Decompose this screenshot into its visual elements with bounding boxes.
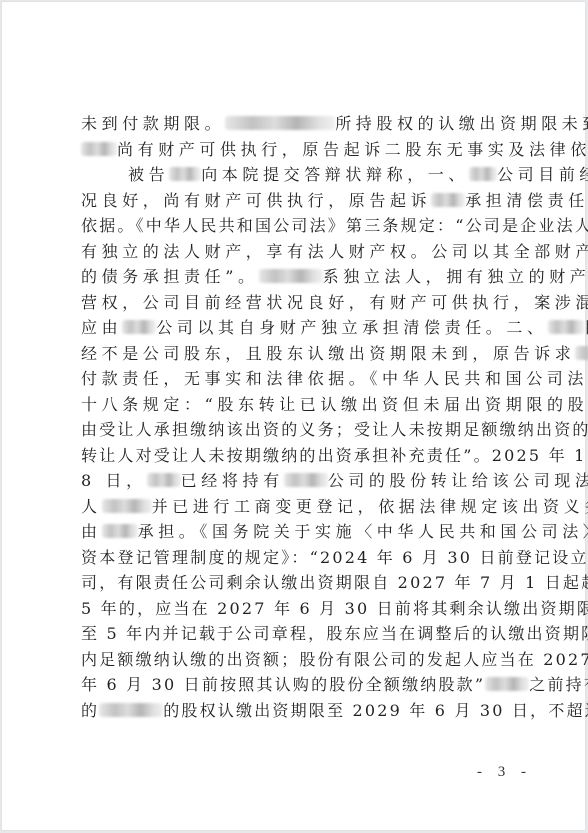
- text-segment: 8 日，: [81, 471, 147, 490]
- text-segment: 司，有限责任公司剩余认缴出资期限自 2027 年 7 月 1 日起超过: [81, 573, 588, 592]
- text-segment: 的债务承担责任”。: [81, 267, 259, 286]
- text-segment: 人: [81, 497, 102, 516]
- text-line: 被告向本院提交答辩状辩称，一、公司目前经营状: [81, 162, 521, 188]
- text-line: 资本登记管理制度的规定》：“2024 年 6 月 30 日前登记设立的公: [81, 545, 521, 571]
- redacted-name: [147, 473, 181, 487]
- text-segment: 向本院提交答辩状辩称，一、: [201, 165, 469, 184]
- text-segment: 被告: [128, 165, 169, 184]
- text-line: 未到付款期限。所持股权的认缴出资期限未到，: [81, 111, 521, 137]
- redacted-name: [169, 167, 201, 181]
- text-segment: 付款责任，无事实和法律依据。《中华人民共和国公司法》第八: [81, 369, 588, 388]
- redacted-name: [284, 473, 328, 487]
- text-segment: 的: [81, 701, 99, 720]
- text-segment: 依据。《中华人民共和国公司法》第三条规定：“公司是企业法人，: [81, 216, 588, 235]
- text-segment: 况良好，尚有财产可供执行，原告起诉: [81, 191, 431, 210]
- text-segment: 未到付款期限。: [81, 114, 225, 133]
- text-segment: 转让人对受让人未按期缴纳的出资承担补充责任”。2025 年 1 月: [81, 446, 588, 465]
- text-segment: 十八条规定：“股东转让已认缴出资但未届出资期限的股权的，: [81, 395, 588, 414]
- text-segment: 由: [81, 522, 102, 541]
- text-line: 由承担。《国务院关于实施〈中华人民共和国公司法〉注册: [81, 519, 521, 545]
- text-line: 的的股权认缴出资期限至 2029 年 6 月 30 日，不超过该: [81, 698, 521, 724]
- redacted-name: [122, 320, 156, 334]
- text-line: 依据。《中华人民共和国公司法》第三条规定：“公司是企业法人，: [81, 213, 521, 239]
- page-number: - 3 -: [477, 764, 532, 781]
- text-segment: 目前已: [584, 318, 588, 337]
- redacted-name: [431, 193, 465, 207]
- text-segment: 之前持有: [529, 675, 588, 694]
- text-segment: 已经将持有: [181, 471, 284, 490]
- text-segment: 有独立的法人财产，享有法人财产权。公司以其全部财产对公司: [81, 242, 588, 261]
- text-segment: 尚有财产可供执行，原告起诉二股东无事实及法律依据。: [117, 140, 588, 159]
- redacted-name: [99, 703, 163, 717]
- body-text: 未到付款期限。所持股权的认缴出资期限未到，尚有财产可供执行，原告起诉二股东无事实…: [81, 111, 521, 723]
- text-segment: 承担清偿责任无法律: [465, 191, 588, 210]
- text-line: 十八条规定：“股东转让已认缴出资但未届出资期限的股权的，: [81, 392, 521, 418]
- text-segment: 系独立法人，拥有独立的财产和经: [323, 267, 588, 286]
- text-segment: 的股权认缴出资期限至 2029 年 6 月 30 日，不超过该: [163, 701, 588, 720]
- text-segment: 资本登记管理制度的规定》：“2024 年 6 月 30 日前登记设立的公: [81, 548, 588, 567]
- text-line: 尚有财产可供执行，原告起诉二股东无事实及法律依据。: [81, 137, 521, 163]
- text-segment: 由受让人承担缴纳该出资的义务；受让人未按期足额缴纳出资的，: [81, 420, 588, 439]
- text-line: 司，有限责任公司剩余认缴出资期限自 2027 年 7 月 1 日起超过: [81, 570, 521, 596]
- text-segment: 至 5 年内并记载于公司章程，股东应当在调整后的认缴出资期限: [81, 624, 588, 643]
- text-line: 的债务承担责任”。系独立法人，拥有独立的财产和经: [81, 264, 521, 290]
- text-segment: 内足额缴纳认缴的出资额；股份有限公司的发起人应当在 2027: [81, 650, 588, 669]
- text-line: 人并已进行工商变更登记，依据法律规定该出资义务不应: [81, 494, 521, 520]
- document-page: 未到付款期限。所持股权的认缴出资期限未到，尚有财产可供执行，原告起诉二股东无事实…: [2, 2, 585, 830]
- redacted-name: [102, 524, 138, 538]
- text-segment: 营权，公司目前经营状况良好，有财产可供执行，案涉混凝土款: [81, 293, 588, 312]
- text-line: 年 6 月 30 日前按照其认购的股份全额缴纳股款”之前持有: [81, 672, 521, 698]
- text-line: 转让人对受让人未按期缴纳的出资承担补充责任”。2025 年 1 月: [81, 443, 521, 469]
- redacted-name: [548, 320, 584, 334]
- text-line: 至 5 年内并记载于公司章程，股东应当在调整后的认缴出资期限: [81, 621, 521, 647]
- text-segment: 5 年的，应当在 2027 年 6 月 30 日前将其剩余认缴出资期限调整: [81, 599, 588, 618]
- text-segment: 公司以其自身财产独立承担清偿责任。二、: [156, 318, 547, 337]
- text-line: 内足额缴纳认缴的出资额；股份有限公司的发起人应当在 2027: [81, 647, 521, 673]
- text-line: 由受让人承担缴纳该出资的义务；受让人未按期足额缴纳出资的，: [81, 417, 521, 443]
- redacted-name: [469, 167, 497, 181]
- text-line: 8 日，已经将持有公司的股份转让给该公司现法定代表: [81, 468, 521, 494]
- text-segment: 经不是公司股东，且股东认缴出资期限未到，原告诉求: [81, 344, 575, 363]
- redacted-name: [225, 116, 335, 130]
- text-segment: 公司目前经营状: [497, 165, 588, 184]
- redacted-name: [81, 142, 117, 156]
- redacted-name: [102, 499, 152, 513]
- redacted-name: [485, 677, 529, 691]
- text-line: 经不是公司股东，且股东认缴出资期限未到，原告诉求承担: [81, 341, 521, 367]
- text-segment: 年 6 月 30 日前按照其认购的股份全额缴纳股款”: [81, 675, 485, 694]
- text-line: 应由公司以其自身财产独立承担清偿责任。二、目前已: [81, 315, 521, 341]
- text-line: 况良好，尚有财产可供执行，原告起诉承担清偿责任无法律: [81, 188, 521, 214]
- text-line: 营权，公司目前经营状况良好，有财产可供执行，案涉混凝土款: [81, 290, 521, 316]
- text-segment: 并已进行工商变更登记，依据法律规定该出资义务不应: [152, 497, 588, 516]
- text-segment: 承担。《国务院关于实施〈中华人民共和国公司法〉注册: [138, 522, 588, 541]
- redacted-name: [259, 269, 323, 283]
- text-segment: 应由: [81, 318, 122, 337]
- text-line: 付款责任，无事实和法律依据。《中华人民共和国公司法》第八: [81, 366, 521, 392]
- text-segment: 所持股权的认缴出资期限未到，: [335, 114, 588, 133]
- text-segment: 公司的股份转让给该公司现法定代表: [328, 471, 588, 490]
- text-line: 5 年的，应当在 2027 年 6 月 30 日前将其剩余认缴出资期限调整: [81, 596, 521, 622]
- text-line: 有独立的法人财产，享有法人财产权。公司以其全部财产对公司: [81, 239, 521, 265]
- redacted-name: [575, 346, 588, 360]
